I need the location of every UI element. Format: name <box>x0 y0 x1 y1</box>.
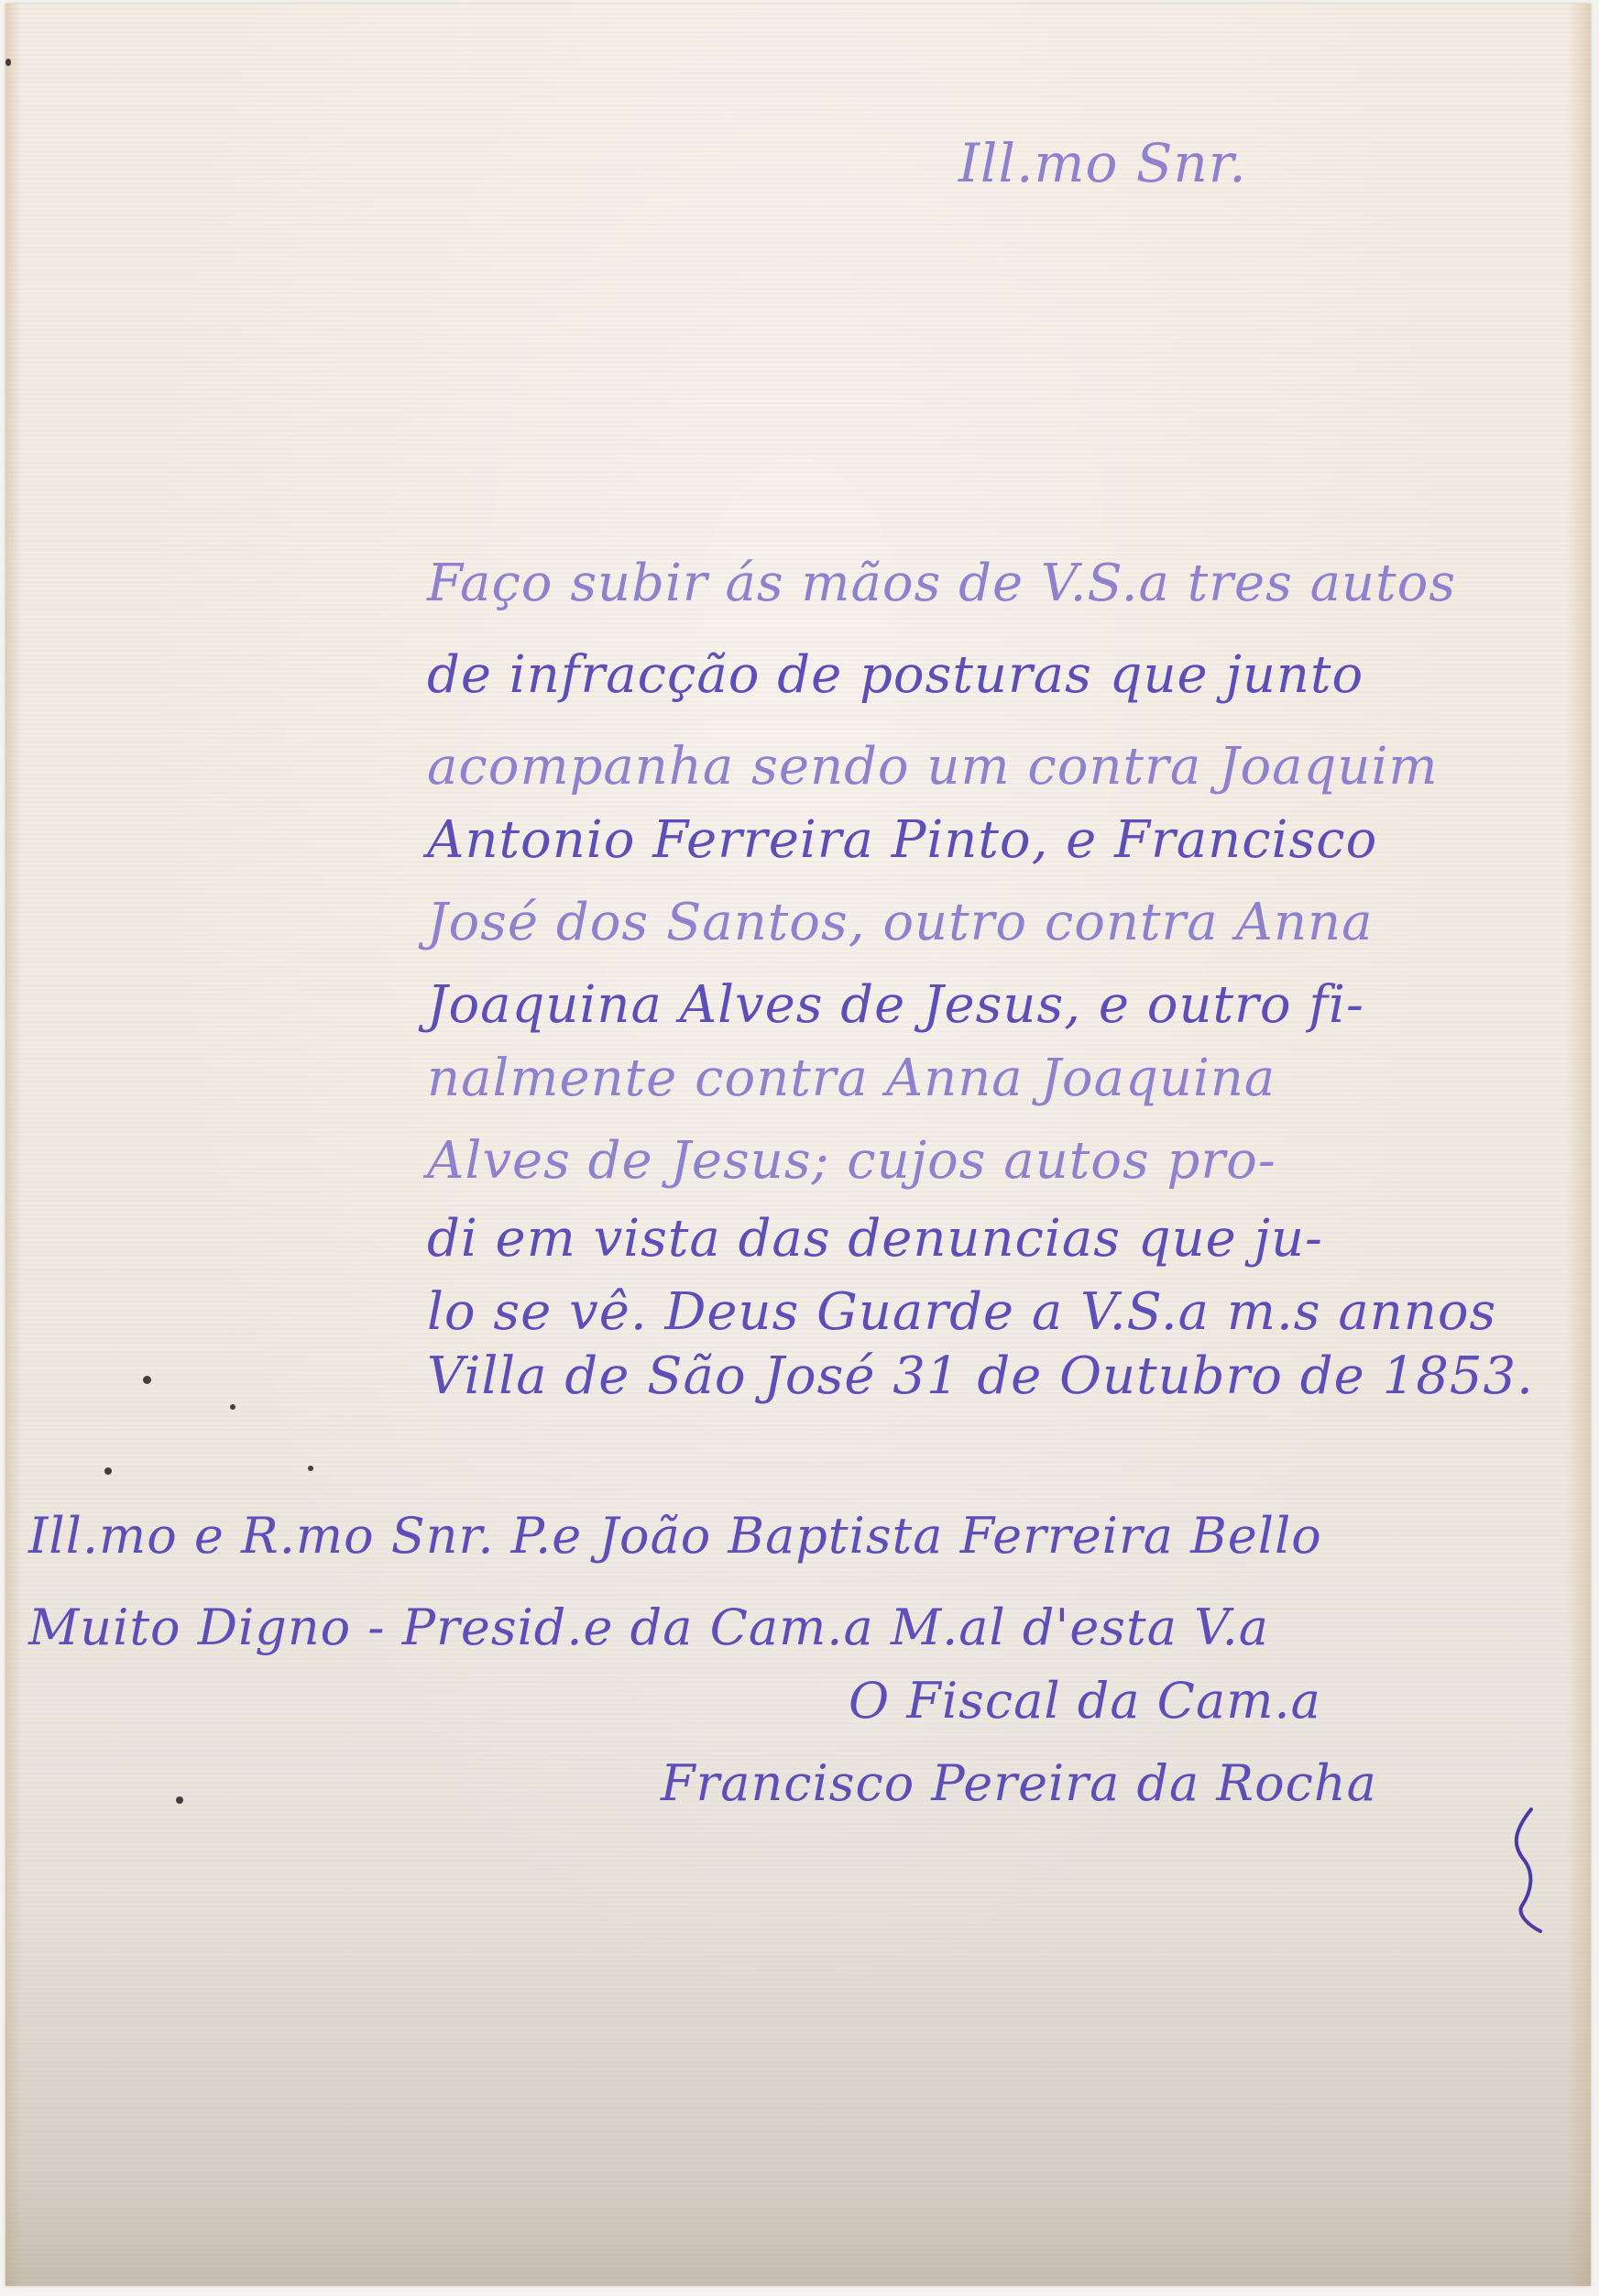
ink-spot <box>176 1796 183 1804</box>
body-line: di em vista das denuncias que ju- <box>427 1209 1323 1269</box>
body-line: lo se vê. Deus Guarde a V.S.a m.s annos <box>427 1282 1496 1342</box>
paper-edge-right <box>1567 4 1591 2286</box>
ink-spot <box>5 59 11 66</box>
salutation: Ill.mo Snr. <box>958 132 1247 194</box>
body-line: acompanha sendo um contra Joaquim <box>427 737 1438 796</box>
addressee-line: Muito Digno - Presid.e da Cam.a M.al d'e… <box>28 1598 1269 1656</box>
date-line: Villa de São José 31 de Outubro de 1853. <box>427 1346 1534 1406</box>
body-line: de infracção de posturas que junto <box>427 645 1364 705</box>
body-line: José dos Santos, outro contra Anna <box>427 893 1373 952</box>
addressee-line: Ill.mo e R.mo Snr. P.e João Baptista Fer… <box>28 1507 1322 1565</box>
signature-name: Francisco Pereira da Rocha <box>661 1754 1377 1812</box>
body-line: Antonio Ferreira Pinto, e Francisco <box>427 810 1377 870</box>
ink-spot <box>143 1376 151 1384</box>
body-line: Alves de Jesus; cujos autos pro- <box>427 1131 1276 1191</box>
ink-spot <box>230 1404 235 1410</box>
body-line: Faço subir ás mãos de V.S.a tres autos <box>427 554 1456 613</box>
ink-spot <box>308 1466 313 1471</box>
body-line: Joaquina Alves de Jesus, e outro fi- <box>427 975 1364 1035</box>
ink-spot <box>104 1467 112 1475</box>
signature-flourish-icon <box>1504 1805 1550 1933</box>
paper-edge-left <box>5 4 22 2286</box>
signature-title: O Fiscal da Cam.a <box>849 1672 1321 1730</box>
manuscript-page: Ill.mo Snr. Faço subir ás mãos de V.S.a … <box>5 4 1591 2286</box>
body-line: nalmente contra Anna Joaquina <box>427 1049 1276 1108</box>
